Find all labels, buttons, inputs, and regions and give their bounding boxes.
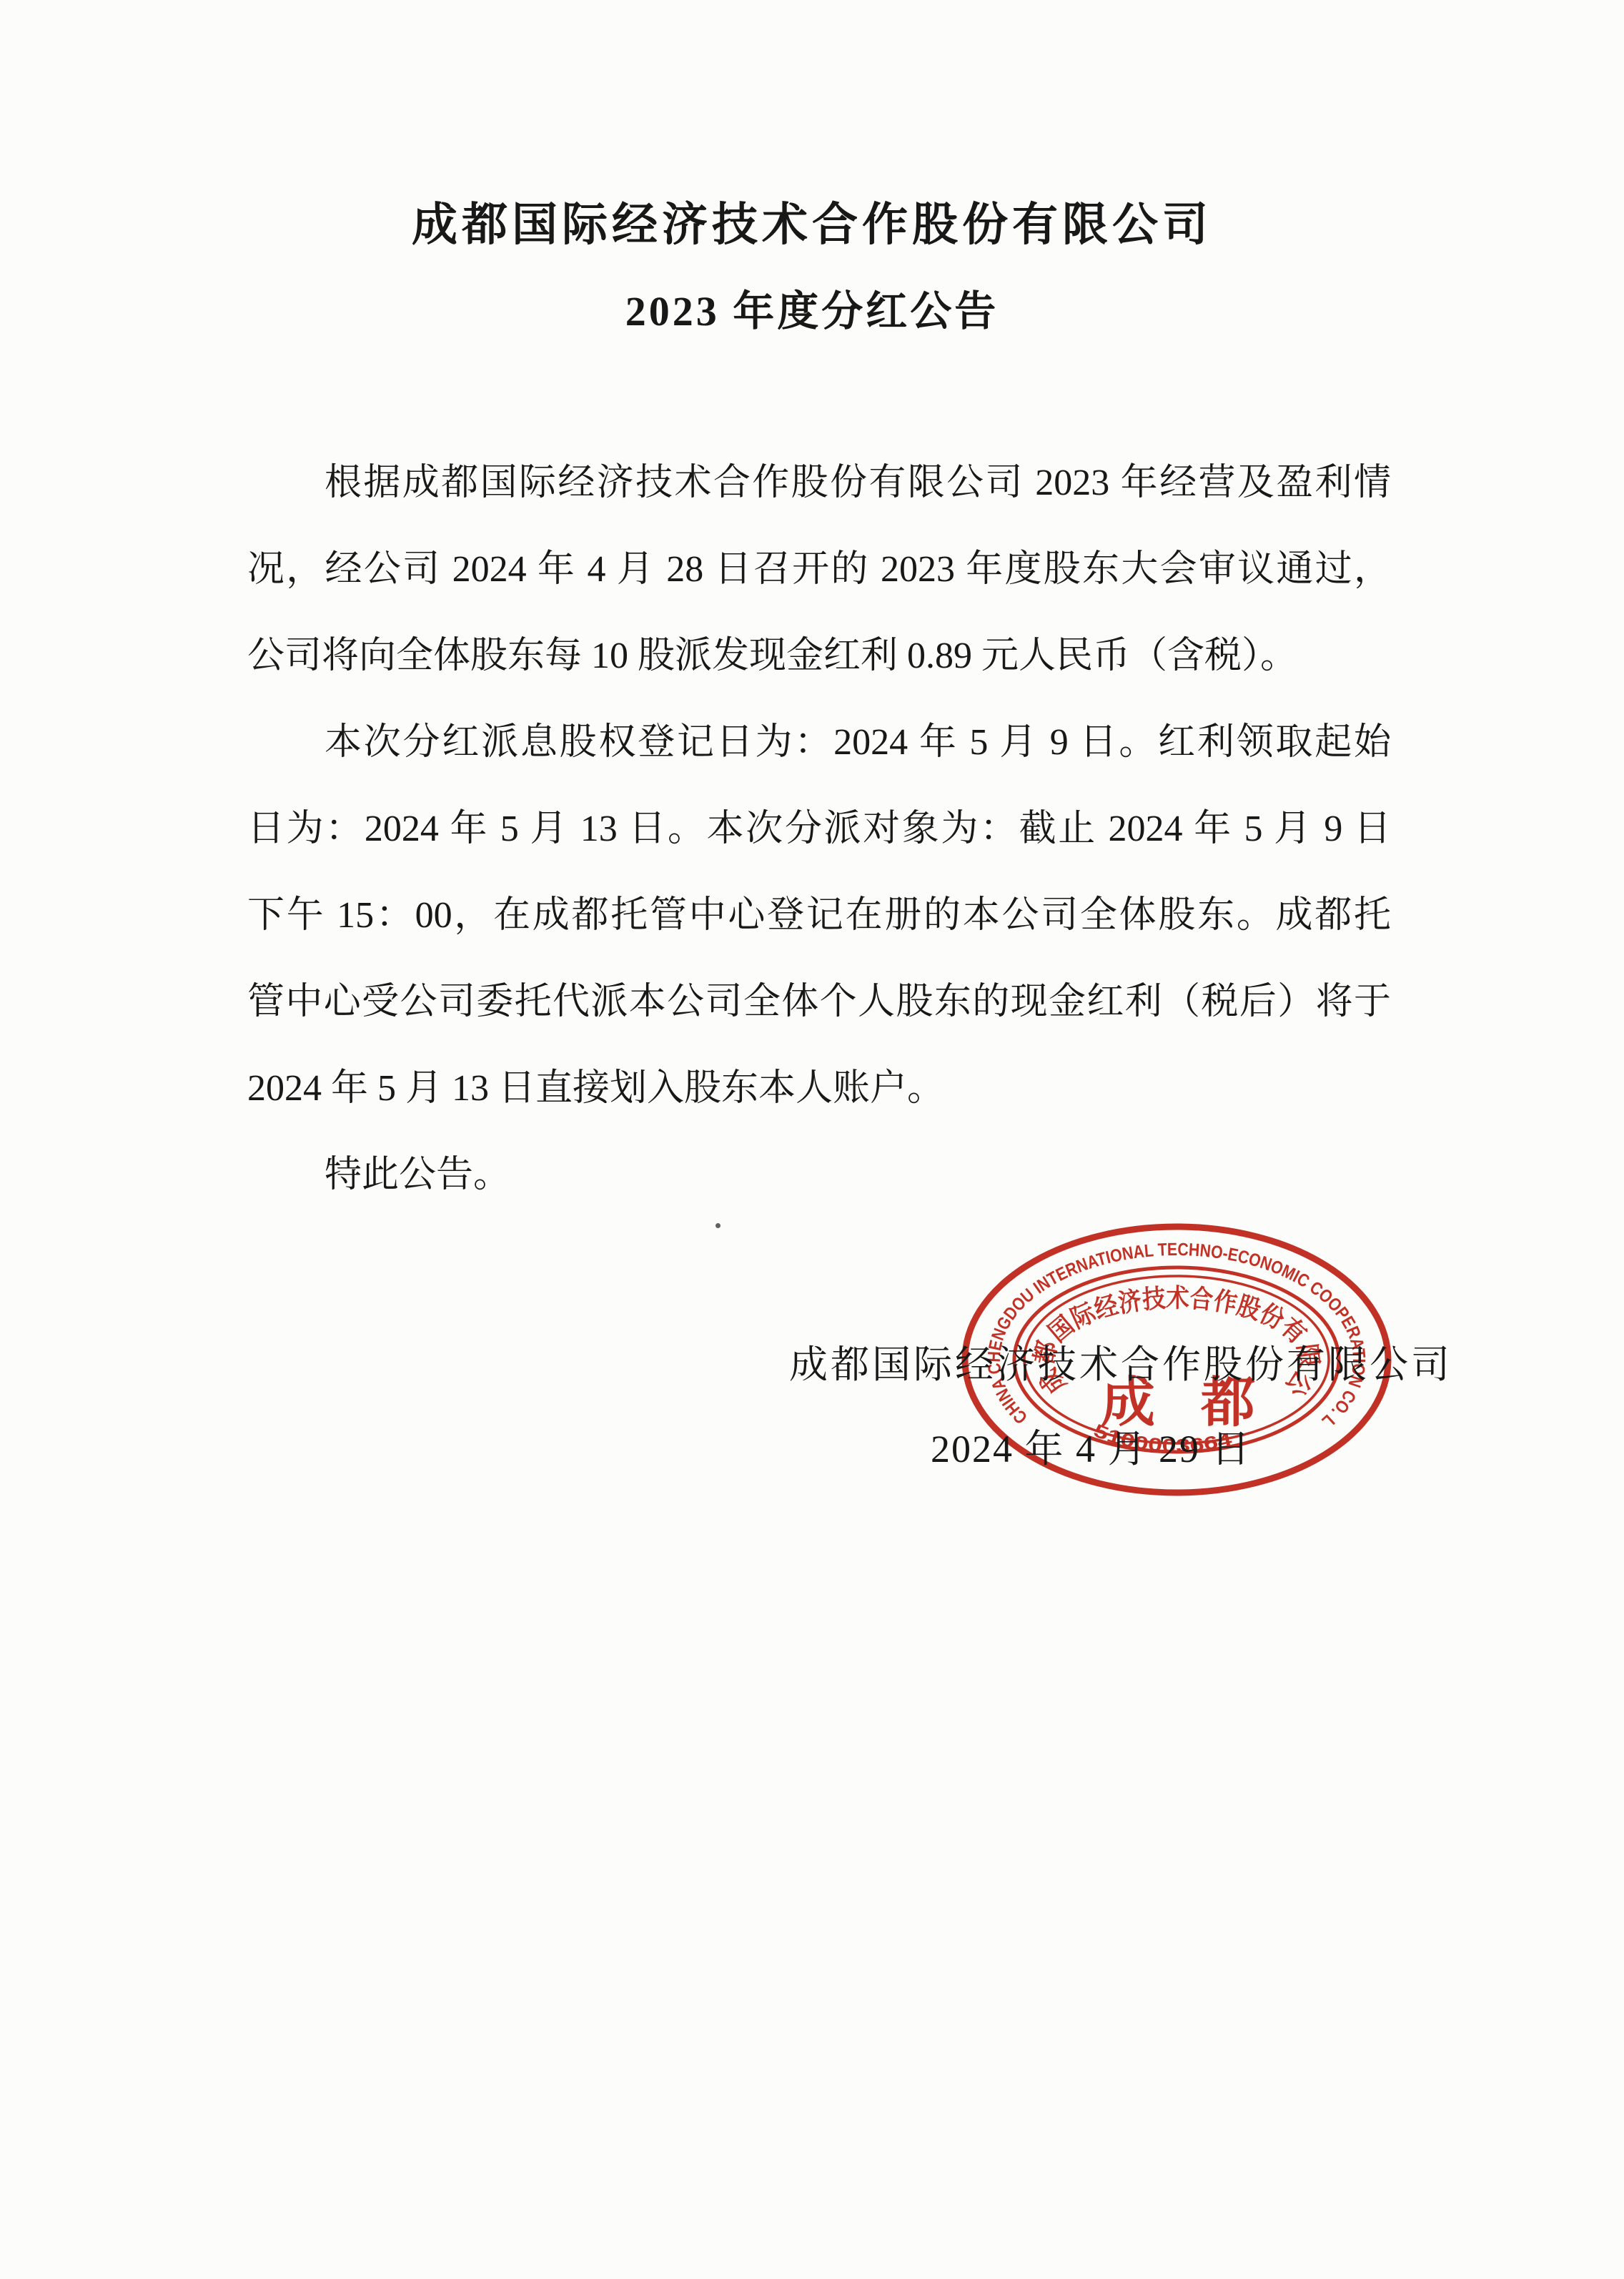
body-text: 根据成都国际经济技术合作股份有限公司 2023 年经营及盈利情况，经公司 202…: [247, 440, 1391, 1218]
body-line: 特此公告。: [247, 1132, 1391, 1218]
body-line: 管中心受公司委托代派本公司全体个人股东的现金红利（税后）将于: [247, 959, 1391, 1045]
document-page: 成都国际经济技术合作股份有限公司 2023 年度分红公告 根据成都国际经济技术合…: [0, 0, 1624, 2279]
body-line: 公司将向全体股东每 10 股派发现金红利 0.89 元人民币（含税）。: [247, 613, 1391, 699]
body-line: 下午 15：00，在成都托管中心登记在册的本公司全体股东。成都托: [247, 872, 1391, 959]
ink-speck: [716, 1223, 721, 1228]
body-line: 日为：2024 年 5 月 13 日。本次分派对象为：截止 2024 年 5 月…: [247, 786, 1391, 872]
body-line: 2024 年 5 月 13 日直接划入股东本人账户。: [247, 1045, 1391, 1132]
document-subtitle: 2023 年度分红公告: [240, 289, 1384, 335]
body-line: 况，经公司 2024 年 4 月 28 日召开的 2023 年度股东大会审议通过…: [247, 526, 1391, 613]
signature-company: 成都国际经济技术合作股份有限公司: [789, 1334, 1452, 1389]
signature-date: 2024 年 4 月 29 日: [931, 1418, 1252, 1473]
body-line: 本次分红派息股权登记日为：2024 年 5 月 9 日。红利领取起始: [247, 699, 1391, 786]
body-line: 根据成都国际经济技术合作股份有限公司 2023 年经营及盈利情: [247, 440, 1391, 526]
document-title: 成都国际经济技术合作股份有限公司: [240, 200, 1384, 250]
